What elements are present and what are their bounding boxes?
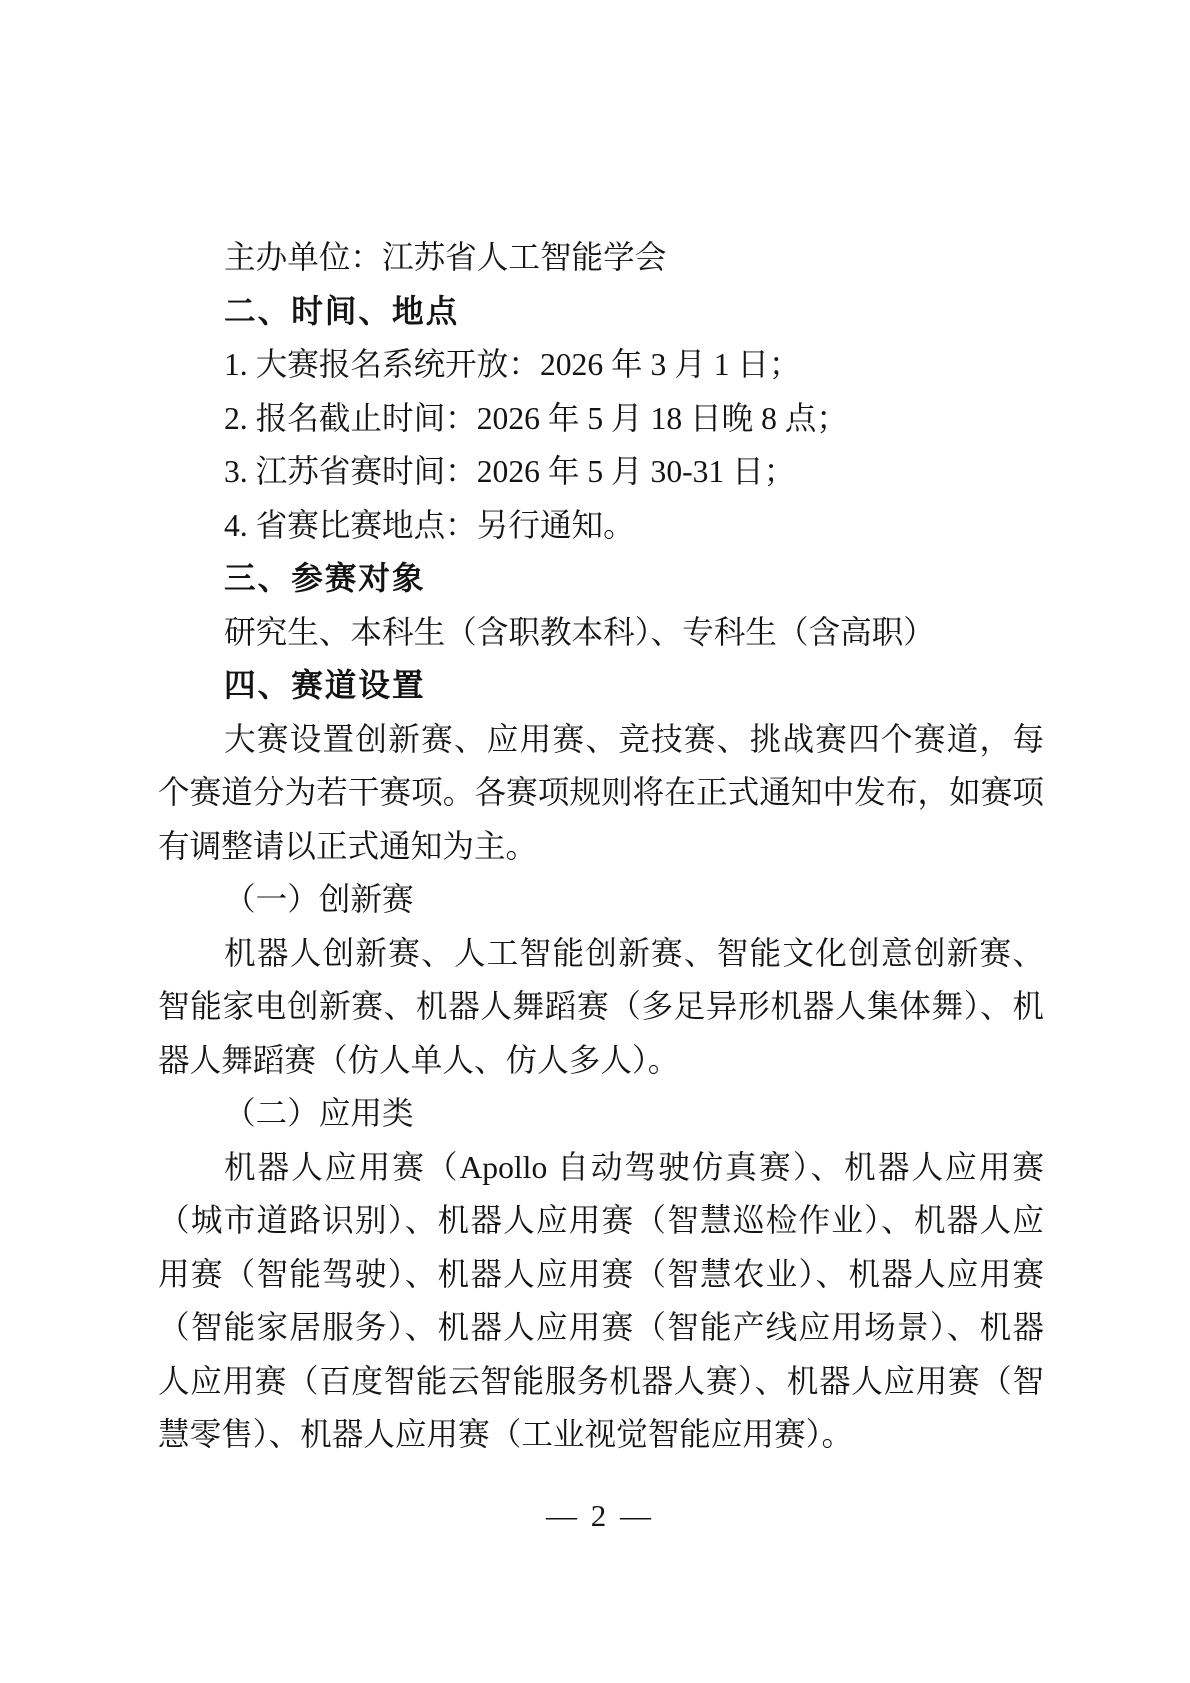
section-heading-time-location: 二、时间、地点 [158, 285, 1044, 339]
tracks-intro-line-3: 有调整请以正式通知为主。 [158, 820, 1044, 874]
application-events-line-3: 用赛（智能驾驶）、机器人应用赛（智慧农业）、机器人应用赛 [158, 1248, 1044, 1302]
document-page-content: 主办单位：江苏省人工智能学会 二、时间、地点 1. 大赛报名系统开放：2026 … [158, 231, 1044, 1462]
tracks-intro-line-2: 个赛道分为若干赛项。各赛项规则将在正式通知中发布，如赛项 [158, 766, 1044, 820]
list-item-provincial-contest-date: 3. 江苏省赛时间：2026 年 5 月 30-31 日； [158, 445, 1044, 499]
list-item-registration-open: 1. 大赛报名系统开放：2026 年 3 月 1 日； [158, 338, 1044, 392]
page-number: — 2 — [0, 1496, 1190, 1536]
organizer-line: 主办单位：江苏省人工智能学会 [158, 231, 1044, 285]
innovation-events-line-2: 智能家电创新赛、机器人舞蹈赛（多足异形机器人集体舞）、机 [158, 980, 1044, 1034]
section-heading-participants: 三、参赛对象 [158, 552, 1044, 606]
subsection-heading-application: （二）应用类 [158, 1087, 1044, 1141]
innovation-events-line-1: 机器人创新赛、人工智能创新赛、智能文化创意创新赛、 [158, 927, 1044, 981]
participants-line: 研究生、本科生（含职教本科）、专科生（含高职） [158, 606, 1044, 660]
list-item-registration-deadline: 2. 报名截止时间：2026 年 5 月 18 日晚 8 点； [158, 392, 1044, 446]
tracks-intro-line-1: 大赛设置创新赛、应用赛、竞技赛、挑战赛四个赛道，每 [158, 713, 1044, 767]
innovation-events-line-3: 器人舞蹈赛（仿人单人、仿人多人）。 [158, 1034, 1044, 1088]
section-heading-tracks: 四、赛道设置 [158, 659, 1044, 713]
application-events-line-5: 人应用赛（百度智能云智能服务机器人赛）、机器人应用赛（智 [158, 1355, 1044, 1409]
application-events-line-1: 机器人应用赛（Apollo 自动驾驶仿真赛）、机器人应用赛 [158, 1141, 1044, 1195]
list-item-contest-venue: 4. 省赛比赛地点：另行通知。 [158, 499, 1044, 553]
subsection-heading-innovation: （一）创新赛 [158, 873, 1044, 927]
application-events-line-2: （城市道路识别）、机器人应用赛（智慧巡检作业）、机器人应 [158, 1194, 1044, 1248]
application-events-line-4: （智能家居服务）、机器人应用赛（智能产线应用场景）、机器 [158, 1301, 1044, 1355]
application-events-line-6: 慧零售）、机器人应用赛（工业视觉智能应用赛）。 [158, 1408, 1044, 1462]
